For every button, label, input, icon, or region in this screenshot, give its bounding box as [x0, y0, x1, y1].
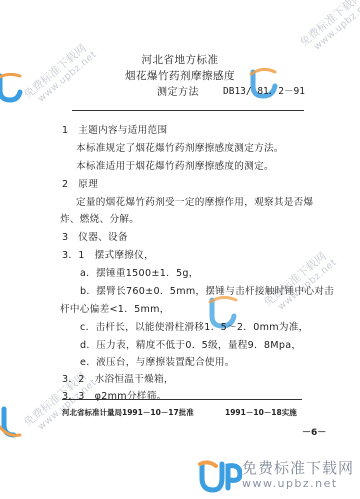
brand-name: 免费标准下载网 — [242, 460, 354, 477]
item-b-2: 杆中心偏差<1．5mm， — [60, 301, 170, 315]
brand-url: www.upbz.net — [242, 477, 354, 490]
standard-code: DB13/ 81．2－91 — [223, 83, 305, 97]
page-number: －6－ — [302, 425, 326, 438]
section-2-title: 2 原理 — [62, 176, 98, 190]
section-1-title: 1 主题内容与适用范围 — [62, 122, 167, 136]
section-1-para-1: 本标准规定了烟花爆竹药剂摩擦感度测定方法。 — [76, 140, 284, 154]
watermark-top-right: 免费标准下载网 www.upbz.net — [298, 0, 360, 58]
item-d: d．压力表，精度不低于0．5级，量程9．8Mpa， — [80, 337, 301, 351]
item-e: e．液压台，与摩擦装置配合使用。 — [80, 354, 235, 368]
item-c: c．击杆长，以能使滑柱滑移1．5～2．0mm为准， — [80, 319, 309, 333]
header-divider — [72, 110, 304, 111]
section-2-para-a: 定量的烟花爆竹药剂受一定的摩擦作用，观察其是否爆 — [76, 194, 313, 208]
approval-date: 河北省标准计量局1991－10－17批准 — [62, 407, 194, 418]
header-title: 烟花爆竹药剂摩擦感度 — [0, 68, 360, 83]
up-brand-logo-icon — [196, 458, 242, 494]
header-line-1: 河北省地方标准 — [0, 52, 360, 67]
footer-divider — [62, 399, 302, 400]
up-logo-icon — [0, 405, 28, 441]
document-page: 免费标准下载网 www.upbz.net 免费标准下载网 www.upbz.ne… — [0, 0, 360, 499]
effective-date: 1991－10－18实施 — [225, 407, 297, 418]
header-title-cont: 测定方法 — [157, 83, 199, 98]
section-3-title: 3 仪器、设备 — [62, 229, 128, 243]
item-a: a．摆锤重1500±1．5g， — [80, 265, 199, 279]
section-2-para-b: 炸、燃烧、分解。 — [60, 211, 139, 225]
item-b-1: b．摆臂长760±0．5mm，摆锤与击杆接触时锤中心对击 — [80, 283, 334, 297]
brand-watermark: 免费标准下载网 www.upbz.net — [242, 460, 354, 490]
section-3-1: 3．1 摆式摩擦仪， — [62, 247, 154, 261]
section-1-para-2: 本标准适用于烟花爆竹药剂摩擦感度的测定。 — [76, 158, 274, 172]
section-3-2: 3．2 水浴恒温干燥箱， — [62, 371, 174, 385]
